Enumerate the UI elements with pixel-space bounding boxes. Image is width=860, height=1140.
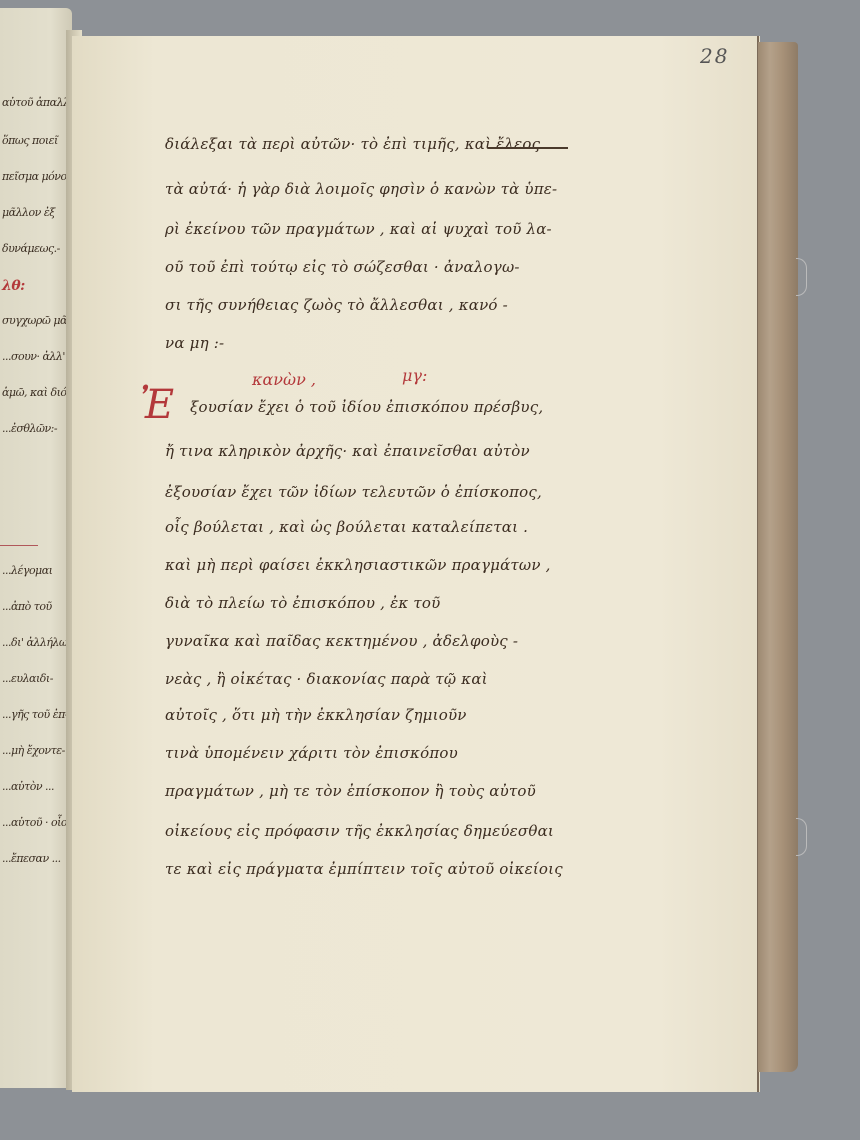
- left-page-line: μᾶλλον ἐξ: [2, 206, 55, 219]
- clasp-icon: [796, 818, 807, 856]
- text-line: τινὰ ὑπομένειν χάριτι τὸν ἐπισκόπου: [165, 744, 458, 762]
- left-page-line: ...αὐτὸν ...: [2, 780, 54, 793]
- text-line: να μη :-: [165, 334, 224, 352]
- text-line: διάλεξαι τὰ περὶ αὐτῶν· τὸ ἐπὶ τιμῆς, κα…: [165, 135, 540, 153]
- text-line: τε καὶ εἰς πράγματα ἐμπίπτειν τοῖς αὐτοῦ…: [165, 860, 563, 878]
- left-page: αὐτοῦ ἀπαλλ... ὅπως ποιεῖ πεῖσμα μόνον μ…: [0, 8, 72, 1088]
- folio-number: 28: [700, 44, 729, 68]
- left-page-line: ὅπως ποιεῖ: [2, 134, 58, 147]
- left-page-line: ...ἐσθλῶν:-: [2, 422, 57, 435]
- clasp-icon: [796, 258, 807, 296]
- rubric-number: μγ:: [402, 366, 427, 385]
- left-page-line: ἁμῶ, καὶ διότι: [2, 386, 76, 399]
- text-line: ρὶ ἐκείνου τῶν πραγμάτων , καὶ αἱ ψυχαὶ …: [165, 220, 552, 238]
- text-line: διὰ τὸ πλείω τὸ ἐπισκόπου , ἐκ τοῦ: [165, 594, 440, 612]
- red-initial-letter: Ἐ: [140, 385, 174, 425]
- text-line: ἤ τινα κληρικὸν ἀρχῆς· καὶ ἐπαινεῖσθαι α…: [165, 442, 530, 460]
- left-page-line: ...αὐτοῦ · οἷον: [2, 816, 73, 829]
- left-page-line: ...μὴ ἔχοντε-: [2, 744, 65, 757]
- text-line: οῦ τοῦ ἐπὶ τούτῳ εἰς τὸ σώζεσθαι · ἀναλο…: [165, 258, 520, 276]
- text-line: αὐτοῖς , ὅτι μὴ τὴν ἐκκλησίαν ζημιοῦν: [165, 706, 467, 724]
- text-line: πραγμάτων , μὴ τε τὸν ἐπίσκοπον ἢ τοὺς α…: [165, 782, 536, 800]
- left-page-red-heading: λθ:: [2, 278, 25, 294]
- left-page-line: δυνάμεως.-: [2, 242, 60, 255]
- text-line: ἐξουσίαν ἔχει τῶν ἰδίων τελευτῶν ὁ ἐπίσκ…: [165, 483, 542, 501]
- left-page-line: ...λέγομαι: [2, 564, 52, 577]
- text-line: τὰ αὐτά· ἡ γὰρ διὰ λοιμοῖς φησὶν ὁ κανὼν…: [165, 180, 557, 198]
- line-filler-stroke: [488, 147, 568, 149]
- left-page-line: ...δι' ἀλλήλων: [2, 636, 74, 649]
- left-page-red-rule: [0, 545, 38, 546]
- book-fore-edge: [758, 42, 798, 1072]
- text-line: ξουσίαν ἔχει ὁ τοῦ ἰδίου ἐπισκόπου πρέσβ…: [190, 398, 543, 416]
- text-line: σι τῆς συνήθειας ζωὸς τὸ ἄλλεσθαι , κανό…: [165, 296, 508, 314]
- text-line: καὶ μὴ περὶ φαίσει ἐκκλησιαστικῶν πραγμά…: [165, 556, 551, 574]
- left-page-line: πεῖσμα μόνον: [2, 170, 73, 183]
- left-page-line: ...ευλαιδι-: [2, 672, 53, 685]
- text-line: οἷς βούλεται , καὶ ὡς βούλεται καταλείπε…: [165, 518, 528, 536]
- left-page-line: ...γῆς τοῦ ἐπ-: [2, 708, 68, 721]
- left-page-line: ...ἀπὸ τοῦ: [2, 600, 52, 613]
- text-line: νεὰς , ἢ οἰκέτας · διακονίας παρὰ τῷ καὶ: [165, 670, 488, 688]
- text-line: γυναῖκα καὶ παῖδας κεκτημένου , ἀδελφοὺς…: [165, 632, 518, 650]
- rubric-title: κανὼν ,: [252, 370, 316, 389]
- text-line: οἰκείους εἰς πρόφασιν τῆς ἐκκλησίας δημε…: [165, 822, 554, 840]
- left-page-line: ...ἔπεσαν ...: [2, 852, 61, 865]
